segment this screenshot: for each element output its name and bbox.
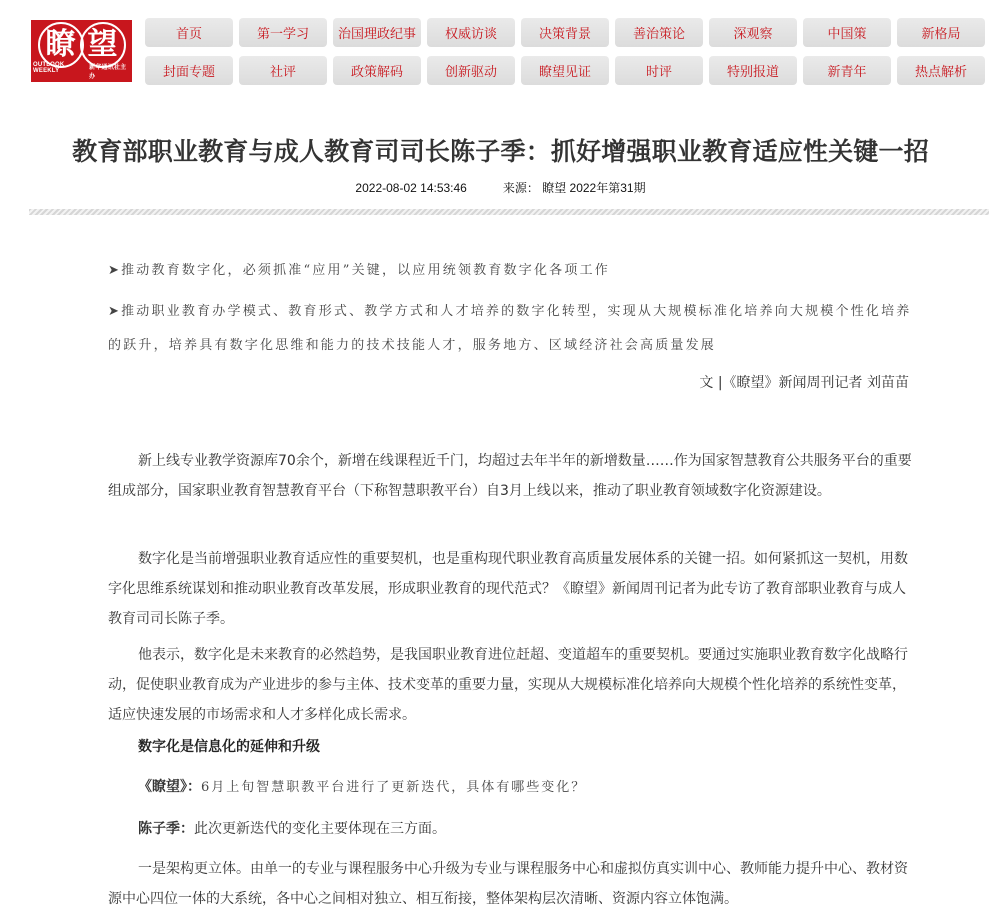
main-navigation: 首页 第一学习 治国理政纪事 权威访谈 决策背景 善治策论 深观察 中国策 新格… [145,18,991,94]
nav-deep-observation[interactable]: 深观察 [709,18,797,47]
nav-outlook-witness[interactable]: 瞭望见证 [521,56,609,85]
nav-new-pattern[interactable]: 新格局 [897,18,985,47]
title-divider [29,209,989,215]
outlook-weekly-logo[interactable]: 瞭 望 OUTLOOK WEEKLY 新华通讯社主办 [31,20,132,82]
nav-row-1: 首页 第一学习 治国理政纪事 权威访谈 决策背景 善治策论 深观察 中国策 新格… [145,18,991,47]
answer-speaker: 陈子季： [138,821,194,837]
logo-subtitle-en: OUTLOOK WEEKLY [33,62,89,80]
interview-question: 《瞭望》：6月上旬智慧职教平台进行了更新迭代，具体有哪些变化？ [138,776,586,796]
question-speaker: 《瞭望》： [138,779,201,795]
paragraph-4: 一是架构更立体。由单一的专业与课程服务中心升级为专业与课程服务中心和虚拟仿真实训… [108,854,913,912]
section-subheading: 数字化是信息化的延伸和升级 [138,736,320,756]
nav-home[interactable]: 首页 [145,18,233,47]
nav-special-report[interactable]: 特别报道 [709,56,797,85]
interview-answer: 陈子季：此次更新迭代的变化主要体现在三方面。 [138,818,446,838]
nav-innovation-driven[interactable]: 创新驱动 [427,56,515,85]
byline: 文 |《瞭望》新闻周刊记者 刘苗苗 [699,372,909,392]
nav-first-study[interactable]: 第一学习 [239,18,327,47]
nav-editorial[interactable]: 社评 [239,56,327,85]
nav-authoritative-interviews[interactable]: 权威访谈 [427,18,515,47]
nav-commentary[interactable]: 时评 [615,56,703,85]
article-meta: 2022-08-02 14:53:46来源： 瞭望 2022年第31期 [0,179,1001,196]
paragraph-1: 新上线专业教学资源库70余个，新增在线课程近千门，均超过去年半年的新增数量……作… [108,446,913,506]
paragraph-3: 他表示，数字化是未来教育的必然趋势，是我国职业教育进位赶超、变道超车的重要契机。… [108,640,913,730]
lead-point-1: ➤推动教育数字化，必须抓准“应用”关键，以应用统领教育数字化各项工作 [108,254,913,288]
nav-new-youth[interactable]: 新青年 [803,56,891,85]
nav-governance-chronicle[interactable]: 治国理政纪事 [333,18,421,47]
publish-datetime: 2022-08-02 14:53:46 [355,181,466,195]
site-header: 瞭 望 OUTLOOK WEEKLY 新华通讯社主办 首页 第一学习 治国理政纪… [0,0,1001,100]
answer-text: 此次更新迭代的变化主要体现在三方面。 [194,821,446,837]
nav-china-strategy[interactable]: 中国策 [803,18,891,47]
question-text: 6月上旬智慧职教平台进行了更新迭代，具体有哪些变化？ [201,780,586,795]
logo-subtitle-cn: 新华通讯社主办 [89,62,130,80]
nav-row-2: 封面专题 社评 政策解码 创新驱动 瞭望见证 时评 特别报道 新青年 热点解析 [145,56,991,85]
article-source: 来源： 瞭望 2022年第31期 [503,181,646,195]
nav-good-governance[interactable]: 善治策论 [615,18,703,47]
nav-decision-background[interactable]: 决策背景 [521,18,609,47]
nav-hot-analysis[interactable]: 热点解析 [897,56,985,85]
logo-subtitle: OUTLOOK WEEKLY 新华通讯社主办 [33,62,130,80]
lead-point-2: ➤推动职业教育办学模式、教育形式、教学方式和人才培养的数字化转型，实现从大规模标… [108,295,913,363]
article-title: 教育部职业教育与成人教育司司长陈子季：抓好增强职业教育适应性关键一招 [0,132,1001,168]
paragraph-2: 数字化是当前增强职业教育适应性的重要契机，也是重构现代职业教育高质量发展体系的关… [108,544,913,634]
nav-policy-decoding[interactable]: 政策解码 [333,56,421,85]
nav-cover-topic[interactable]: 封面专题 [145,56,233,85]
